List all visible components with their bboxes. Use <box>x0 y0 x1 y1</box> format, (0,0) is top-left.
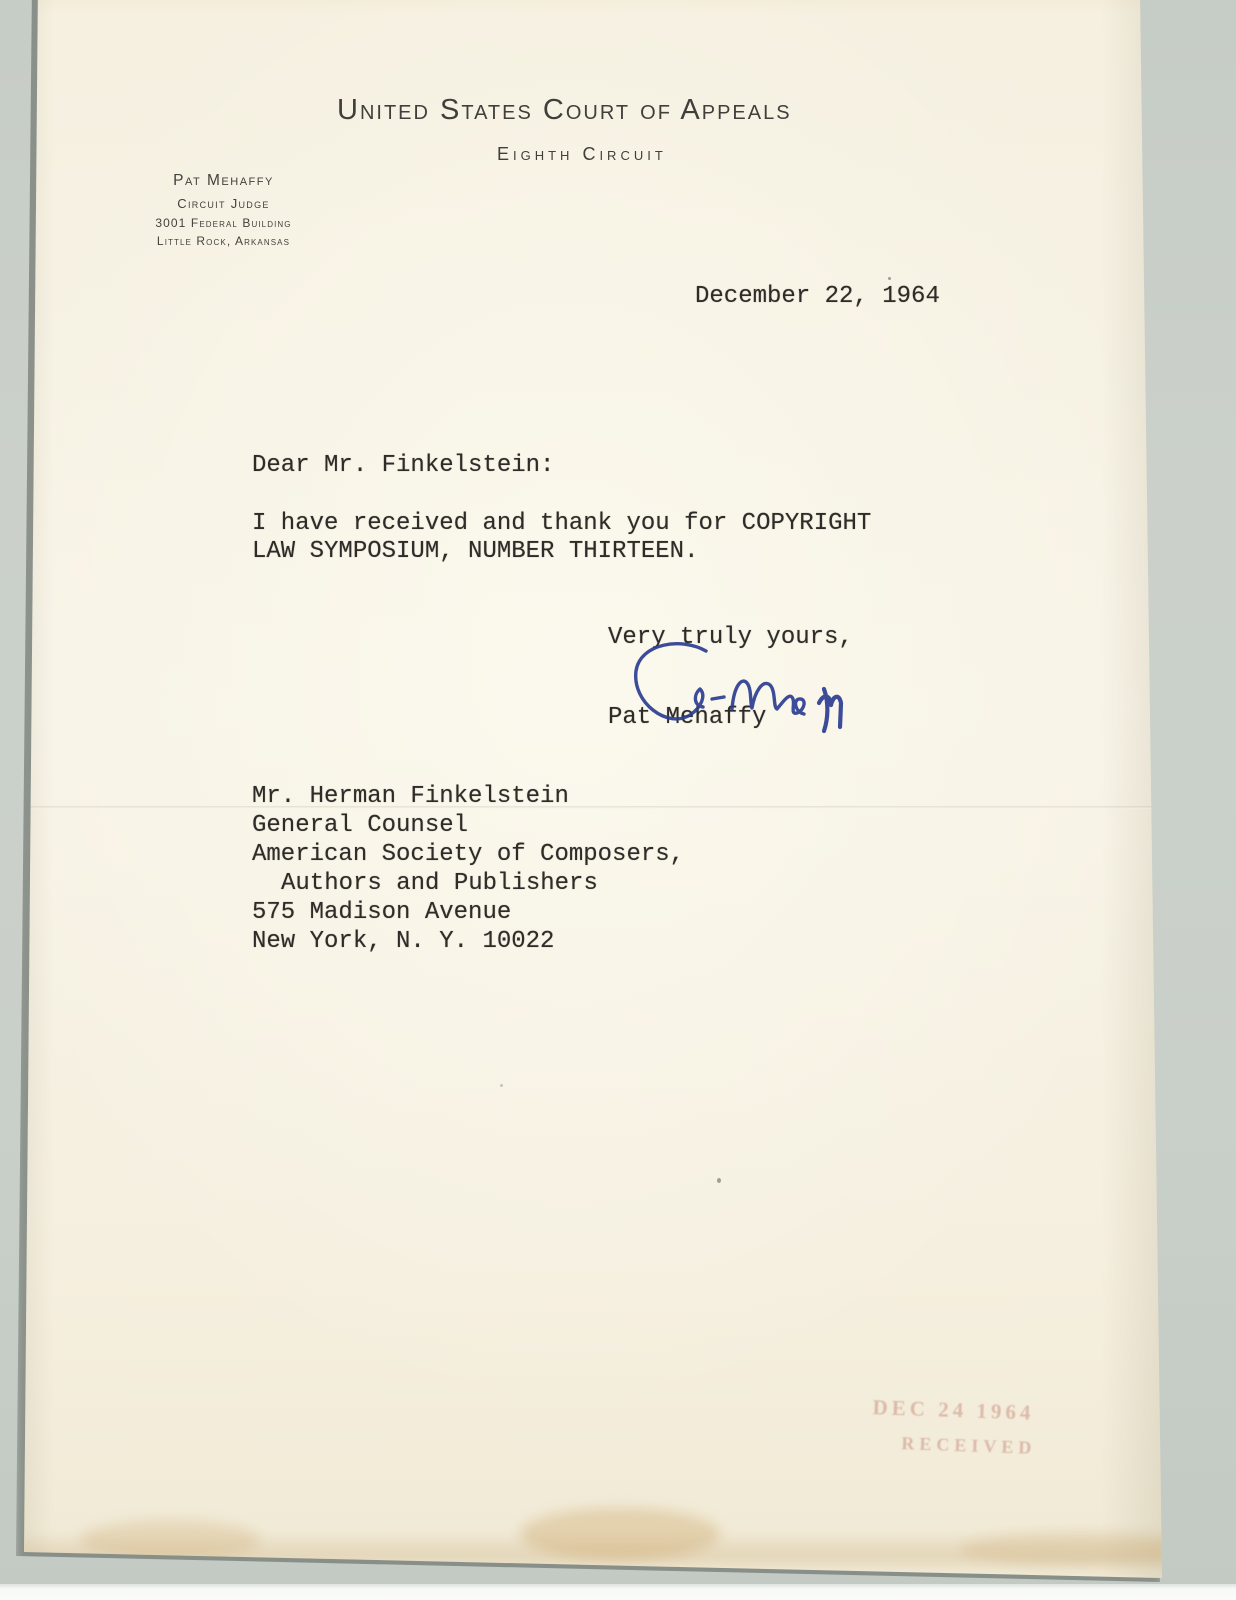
received-stamp: DEC 24 1964 RECEIVED <box>871 1395 1038 1459</box>
paper-stain <box>20 1538 1170 1564</box>
recipient-line: American Society of Composers, <box>252 840 684 869</box>
letterhead-court-name: United States Court of Appeals <box>337 94 792 127</box>
scanned-letter-page: United States Court of Appeals Eighth Ci… <box>0 0 1236 1600</box>
scanner-edge-strip <box>0 1584 1236 1600</box>
stamp-received-line: RECEIVED <box>901 1433 1037 1459</box>
paper-speck <box>717 1178 721 1183</box>
letterhead-judge-block: Pat Mehaffy Circuit Judge 3001 Federal B… <box>116 172 331 248</box>
judge-title: Circuit Judge <box>116 196 331 211</box>
stamp-date-line: DEC 24 1964 <box>872 1395 1038 1426</box>
letter-date: December 22, 1964 <box>695 283 940 310</box>
paper-speck <box>888 277 891 280</box>
body-line: I have received and thank you for COPYRI… <box>252 510 871 538</box>
recipient-line: New York, N. Y. 10022 <box>252 927 684 956</box>
body-line: LAW SYMPOSIUM, NUMBER THIRTEEN. <box>252 538 871 566</box>
judge-address-line2: Little Rock, Arkansas <box>116 234 331 248</box>
signature-ink <box>624 638 862 748</box>
fold-crease <box>20 806 1170 809</box>
paper-speck <box>500 1084 503 1087</box>
recipient-line: Authors and Publishers <box>252 869 684 898</box>
letter-body: I have received and thank you for COPYRI… <box>252 510 871 566</box>
recipient-line: 575 Madison Avenue <box>252 898 684 927</box>
recipient-line: General Counsel <box>252 811 684 840</box>
judge-name: Pat Mehaffy <box>116 172 331 190</box>
salutation: Dear Mr. Finkelstein: <box>252 452 554 479</box>
letterhead-circuit: Eighth Circuit <box>497 144 667 165</box>
letter-paper: United States Court of Appeals Eighth Ci… <box>20 0 1170 1600</box>
judge-address-line1: 3001 Federal Building <box>116 216 331 230</box>
